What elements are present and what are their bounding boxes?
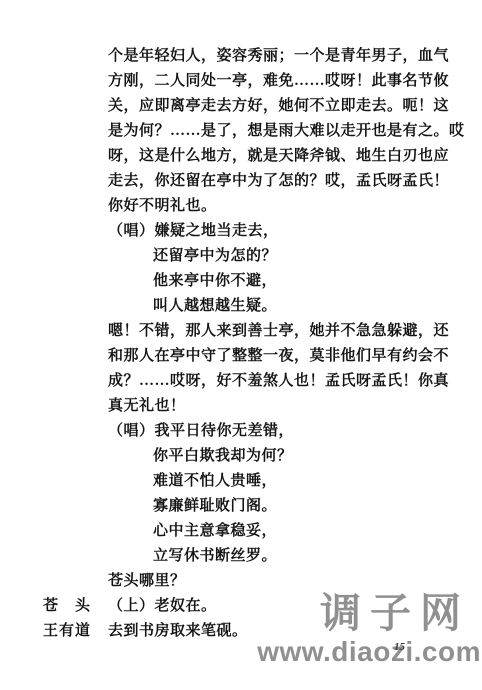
script-line: 方刚，二人同处一亭，难免……哎呀！此事名节攸 [0, 69, 482, 94]
script-line: 个是年轻妇人，姿容秀丽；一个是青年男子，血气 [0, 44, 482, 69]
script-line: 心中主意拿稳妥， [0, 519, 482, 544]
script-line: 真无礼也！ [0, 394, 482, 419]
script-line: 立写休书断丝罗。 [0, 544, 482, 569]
script-line: 苍头哪里？ [0, 569, 482, 594]
script-line: 寡廉鲜耻败门阁。 [0, 494, 482, 519]
script-line: 呀，这是什么地方，就是天降斧钺、地生白刃也应 [0, 144, 482, 169]
page-number: 15 [394, 641, 405, 653]
script-line: 关，应即离亭走去方好，她何不立即走去。呃！这 [0, 94, 482, 119]
speaker-name: 苍 头 [43, 594, 108, 619]
script-line: 你平白欺我却为何？ [0, 444, 482, 469]
script-line: 和那人在亭中守了整整一夜，莫非他们早有约会不 [0, 344, 482, 369]
script-text-block: 个是年轻妇人，姿容秀丽；一个是青年男子，血气方刚，二人同处一亭，难免……哎呀！此… [0, 44, 482, 644]
script-line: 他来亭中你不避， [0, 269, 482, 294]
script-line: 王有道去到书房取来笔砚。 [0, 619, 482, 644]
script-line: 嗯！不错，那人来到善士亭，她并不急急躲避，还 [0, 319, 482, 344]
script-line: 你好不明礼也。 [0, 194, 482, 219]
book-page: 个是年轻妇人，姿容秀丽；一个是青年男子，血气方刚，二人同处一亭，难免……哎呀！此… [0, 0, 482, 690]
speaker-name: 王有道 [43, 619, 108, 644]
script-line: （唱）我平日待你无差错， [0, 419, 482, 444]
script-line: 成？……哎呀，好不羞煞人也！孟氏呀孟氏！你真 [0, 369, 482, 394]
script-line: 难道不怕人贵唾， [0, 469, 482, 494]
speech-text: 去到书房取来笔砚。 [108, 623, 248, 639]
speech-text: （上）老奴在。 [108, 598, 217, 614]
script-line: 是为何？……是了，想是雨大难以走开也是有之。哎 [0, 119, 482, 144]
script-line: 苍 头（上）老奴在。 [0, 594, 482, 619]
script-line: 还留亭中为怎的？ [0, 244, 482, 269]
script-line: （唱）嫌疑之地当走去， [0, 219, 482, 244]
script-line: 走去，你还留在亭中为了怎的？哎，孟氏呀孟氏！ [0, 169, 482, 194]
script-line: 叫人越想越生疑。 [0, 294, 482, 319]
